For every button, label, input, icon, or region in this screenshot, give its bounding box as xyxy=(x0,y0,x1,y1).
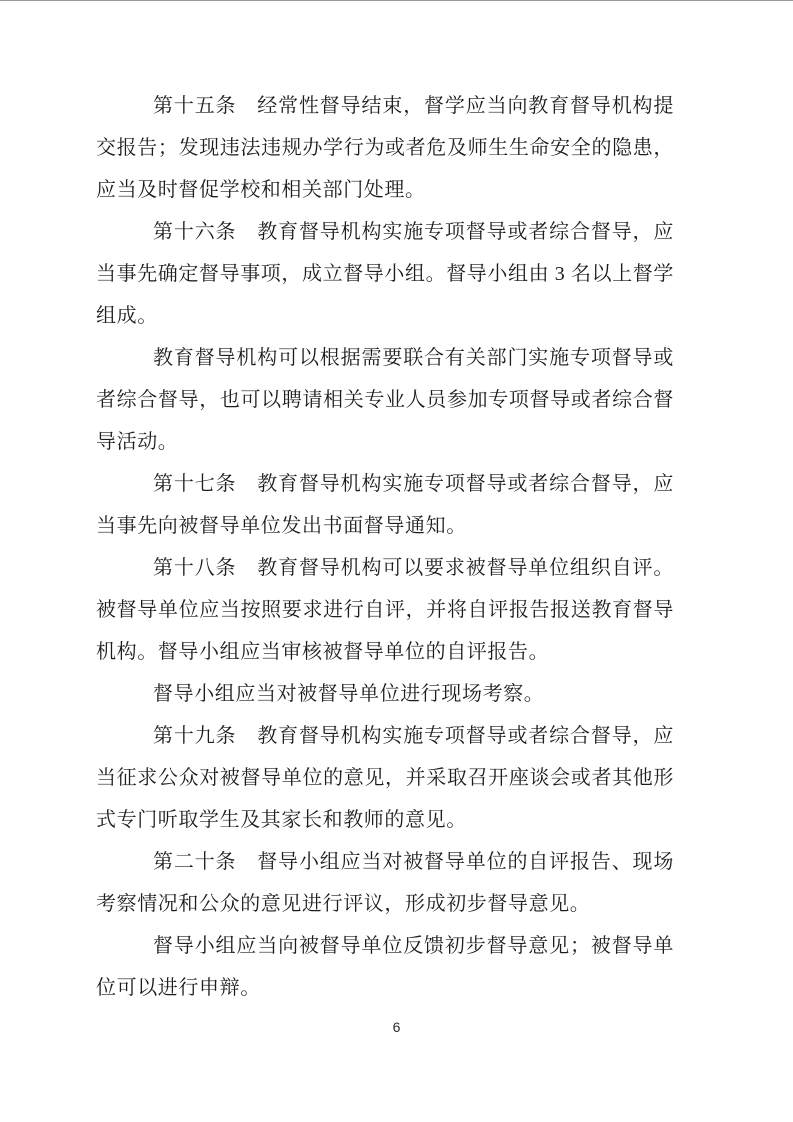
paragraph-article-19: 第十九条 教育督导机构实施专项督导或者综合督导，应当征求公众对被督导单位的意见，… xyxy=(96,715,674,841)
paragraph-article-16: 第十六条 教育督导机构实施专项督导或者综合督导，应当事先确定督导事项，成立督导小… xyxy=(96,211,674,337)
page-number: 6 xyxy=(0,1019,793,1035)
paragraph-article-16-cont: 教育督导机构可以根据需要联合有关部门实施专项督导或者综合督导，也可以聘请相关专业… xyxy=(96,337,674,463)
paragraph-article-20: 第二十条 督导小组应当对被督导单位的自评报告、现场考察情况和公众的意见进行评议，… xyxy=(96,841,674,925)
paragraph-article-15: 第十五条 经常性督导结束，督学应当向教育督导机构提交报告；发现违法违规办学行为或… xyxy=(96,85,674,211)
paragraph-article-20-cont: 督导小组应当向被督导单位反馈初步督导意见；被督导单位可以进行申辩。 xyxy=(96,925,674,1009)
paragraph-article-18: 第十八条 教育督导机构可以要求被督导单位组织自评。被督导单位应当按照要求进行自评… xyxy=(96,547,674,673)
document-page: 第十五条 经常性督导结束，督学应当向教育督导机构提交报告；发现违法违规办学行为或… xyxy=(0,0,793,1122)
paragraph-article-17: 第十七条 教育督导机构实施专项督导或者综合督导，应当事先向被督导单位发出书面督导… xyxy=(96,463,674,547)
paragraph-article-18-cont: 督导小组应当对被督导单位进行现场考察。 xyxy=(96,673,674,715)
page-body: 第十五条 经常性督导结束，督学应当向教育督导机构提交报告；发现违法违规办学行为或… xyxy=(96,85,674,1009)
